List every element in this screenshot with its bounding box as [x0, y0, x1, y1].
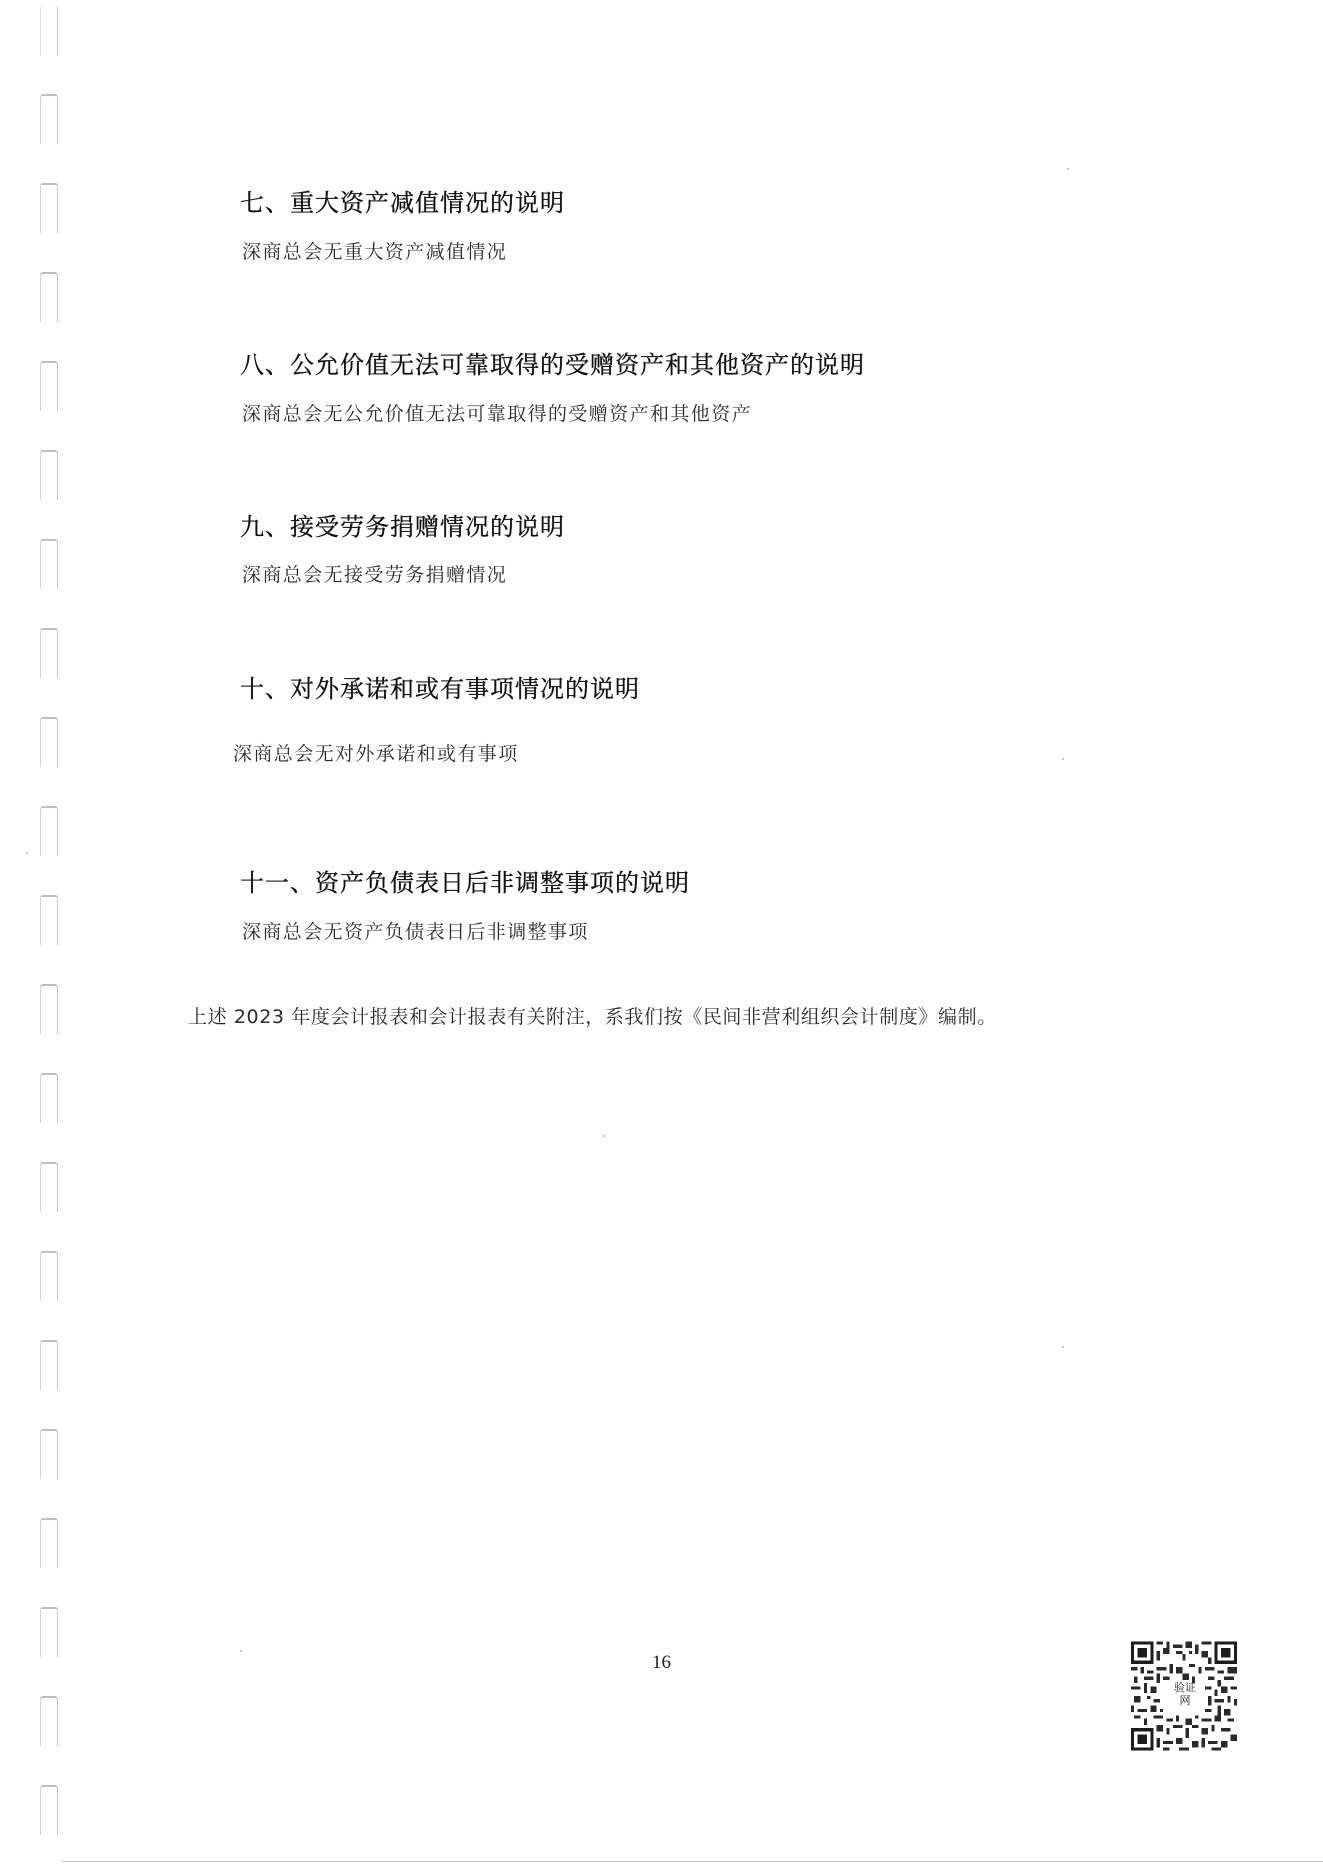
binding-ring-mark	[40, 628, 58, 678]
binding-ring-mark	[40, 1429, 58, 1479]
section-body: 深商总会无重大资产减值情况	[242, 240, 507, 264]
binding-ring-mark	[40, 539, 58, 589]
scan-speck	[603, 1135, 605, 1137]
section-body: 深商总会无对外承诺和或有事项	[233, 742, 519, 766]
scan-speck	[1067, 168, 1069, 170]
binding-ring-mark	[40, 1607, 58, 1657]
page-number: 16	[652, 1652, 671, 1674]
binding-ring-mark	[40, 1696, 58, 1746]
binding-ring-mark	[40, 94, 58, 144]
section-body: 深商总会无资产负债表日后非调整事项	[242, 920, 589, 944]
page-bottom-edge	[62, 1861, 1323, 1862]
binding-ring-mark	[40, 6, 58, 56]
binding-ring-mark	[40, 895, 58, 945]
binding-ring-mark	[40, 1785, 58, 1835]
binding-ring-mark	[40, 272, 58, 322]
binding-ring-mark	[40, 183, 58, 233]
binding-ring-mark	[40, 717, 58, 767]
section-heading: 八、公允价值无法可靠取得的受赠资产和其他资产的说明	[240, 350, 865, 380]
verification-qr-code[interactable]: 验证 网	[1131, 1641, 1237, 1751]
binding-ring-mark	[40, 806, 58, 856]
binding-ring-mark	[40, 1073, 58, 1123]
section-body: 深商总会无公允价值无法可靠取得的受赠资产和其他资产	[242, 402, 752, 426]
binding-ring-mark	[40, 984, 58, 1034]
section-heading: 十一、资产负债表日后非调整事项的说明	[240, 868, 690, 898]
binding-ring-mark	[40, 1162, 58, 1212]
binding-marks	[40, 0, 60, 1870]
binding-ring-mark	[40, 1518, 58, 1568]
binding-ring-mark	[40, 361, 58, 411]
scan-speck	[1062, 1346, 1064, 1348]
section-heading: 十、对外承诺和或有事项情况的说明	[240, 674, 640, 704]
binding-ring-mark	[40, 1340, 58, 1390]
qr-label-line-1: 验证	[1171, 1681, 1199, 1694]
scan-speck	[26, 852, 28, 854]
scan-speck	[240, 1650, 242, 1652]
qr-label-line-2: 网	[1171, 1694, 1199, 1707]
scan-speck	[1062, 758, 1064, 760]
document-page: 七、重大资产减值情况的说明 深商总会无重大资产减值情况 八、公允价值无法可靠取得…	[0, 0, 1323, 1870]
binding-ring-mark	[40, 450, 58, 500]
qr-center-label: 验证 网	[1171, 1681, 1199, 1707]
section-body: 深商总会无接受劳务捐赠情况	[242, 563, 507, 587]
binding-ring-mark	[40, 1251, 58, 1301]
closing-statement: 上述 2023 年度会计报表和会计报表有关附注，系我们按《民间非营利组织会计制度…	[188, 1004, 997, 1030]
section-heading: 七、重大资产减值情况的说明	[240, 188, 565, 218]
section-heading: 九、接受劳务捐赠情况的说明	[240, 512, 565, 542]
